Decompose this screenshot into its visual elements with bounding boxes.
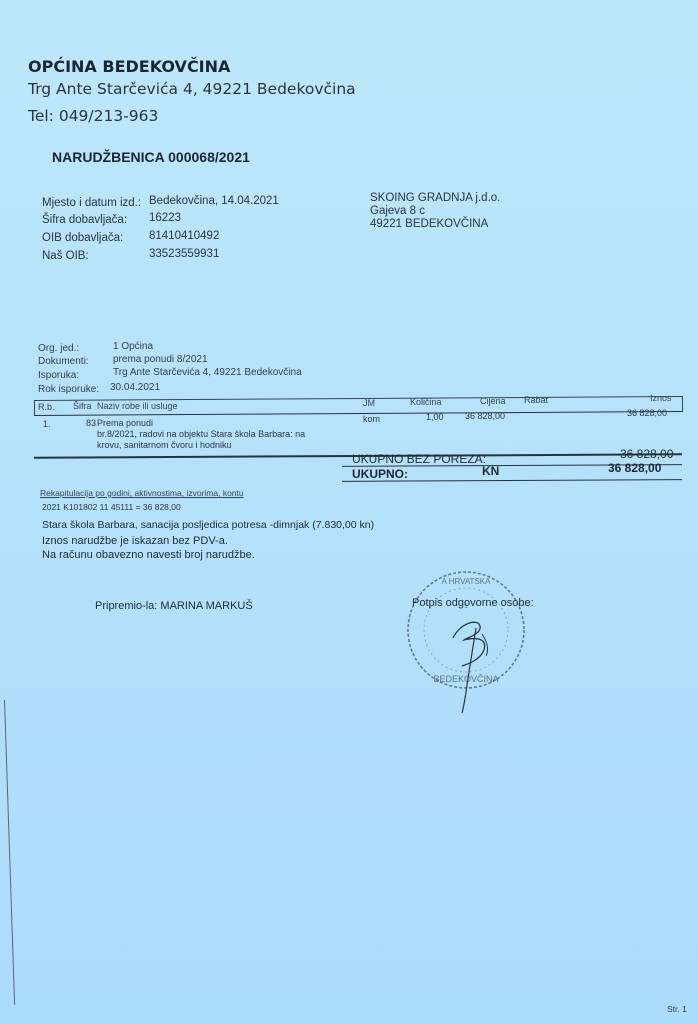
- row-naziv-1: Prema ponudi: [97, 418, 153, 428]
- delivery-value: Trg Ante Starčevića 4, 49221 Bedekovčina: [113, 367, 302, 378]
- deadline-value: 30.04.2021: [110, 382, 160, 393]
- row-naziv-2: br.8/2021, radovi na objektu Stara škola…: [97, 429, 305, 439]
- total-label: UKUPNO:: [352, 467, 408, 481]
- net-total-value: 36 828,00: [620, 447, 673, 461]
- documents-label: Dokumenti:: [38, 356, 89, 367]
- meta-our-oib-label: Naš OIB:: [42, 250, 89, 262]
- meta-our-oib-value: 33523559931: [149, 248, 219, 260]
- th-rabat: Rabat: [524, 395, 548, 405]
- row-cijena: 36 828,00: [465, 411, 505, 421]
- total-value: 36 828,00: [608, 461, 661, 475]
- issuer-phone: Tel: 049/213-963: [28, 107, 158, 125]
- row-naziv-3: krovu, sanitarnom čvoru i hodniku: [97, 440, 232, 450]
- th-naziv: Naziv robe ili usluge: [97, 401, 178, 411]
- th-rb: R.b.: [38, 402, 55, 412]
- deadline-label: Rok isporuke:: [38, 384, 99, 395]
- org-unit-label: Org. jed.:: [38, 343, 79, 354]
- issuer-address: Trg Ante Starčevića 4, 49221 Bedekovčina: [28, 80, 356, 98]
- svg-text:A HRVATSKA: A HRVATSKA: [442, 577, 492, 586]
- supplier-city: 49221 BEDEKOVČINA: [370, 218, 488, 230]
- th-cijena: Cijena: [480, 396, 506, 406]
- meta-supplier-oib-label: OIB dobavljača:: [42, 232, 123, 244]
- meta-supplier-code-value: 16223: [149, 212, 181, 224]
- official-stamp-icon: A HRVATSKA 1 BEDEKOVČINA: [398, 568, 538, 718]
- th-sifra: Šifra: [73, 401, 92, 411]
- row-rb: 1.: [43, 419, 51, 429]
- document-title: NARUDŽBENICA 000068/2021: [52, 149, 250, 165]
- page-edge-shadow: [4, 700, 15, 1005]
- recap-line: 2021 K101802 11 45111 = 36 828,00: [42, 502, 181, 512]
- note-invoice: Na računu obavezno navesti broj narudžbe…: [42, 549, 255, 561]
- meta-supplier-code-label: Šifra dobavljača:: [42, 214, 127, 226]
- row-jm: kom: [363, 414, 380, 424]
- row-kolicina: 1,00: [426, 412, 444, 422]
- note-project: Stara škola Barbara, sanacija posljedica…: [42, 519, 374, 531]
- net-total-label: UKUPNO BEZ POREZA:: [352, 452, 486, 466]
- total-currency: KN: [482, 464, 499, 478]
- meta-supplier-oib-value: 81410410492: [149, 230, 219, 242]
- supplier-name: SKOING GRADNJA j.d.o.: [370, 192, 500, 204]
- th-jm: JM: [363, 398, 375, 408]
- th-iznos: Iznos: [650, 393, 672, 403]
- delivery-label: Isporuka:: [38, 370, 79, 381]
- recap-title: Rekapitulacija po godini, aktivnostima, …: [40, 488, 244, 498]
- th-kolicina: Količina: [410, 397, 442, 407]
- signature-label: Potpis odgovorne osobe:: [412, 597, 534, 609]
- svg-text:BEDEKOVČINA: BEDEKOVČINA: [433, 674, 498, 684]
- documents-value: prema ponudi 8/2021: [113, 354, 208, 365]
- supplier-street: Gajeva 8 c: [370, 205, 425, 217]
- meta-place-date-value: Bedekovčina, 14.04.2021: [149, 195, 279, 207]
- org-unit-value: 1 Općina: [113, 341, 153, 352]
- note-vat: Iznos narudžbe je iskazan bez PDV-a.: [42, 535, 228, 547]
- row-iznos: 36 828,00: [627, 408, 667, 418]
- row-sifra: 83: [86, 418, 96, 428]
- issuer-name: OPĆINA BEDEKOVČINA: [28, 57, 230, 76]
- prepared-by: Pripremio-la: MARINA MARKUŠ: [95, 600, 253, 612]
- page-number: Str. 1: [667, 1004, 687, 1014]
- meta-place-date-label: Mjesto i datum izd.:: [42, 197, 141, 209]
